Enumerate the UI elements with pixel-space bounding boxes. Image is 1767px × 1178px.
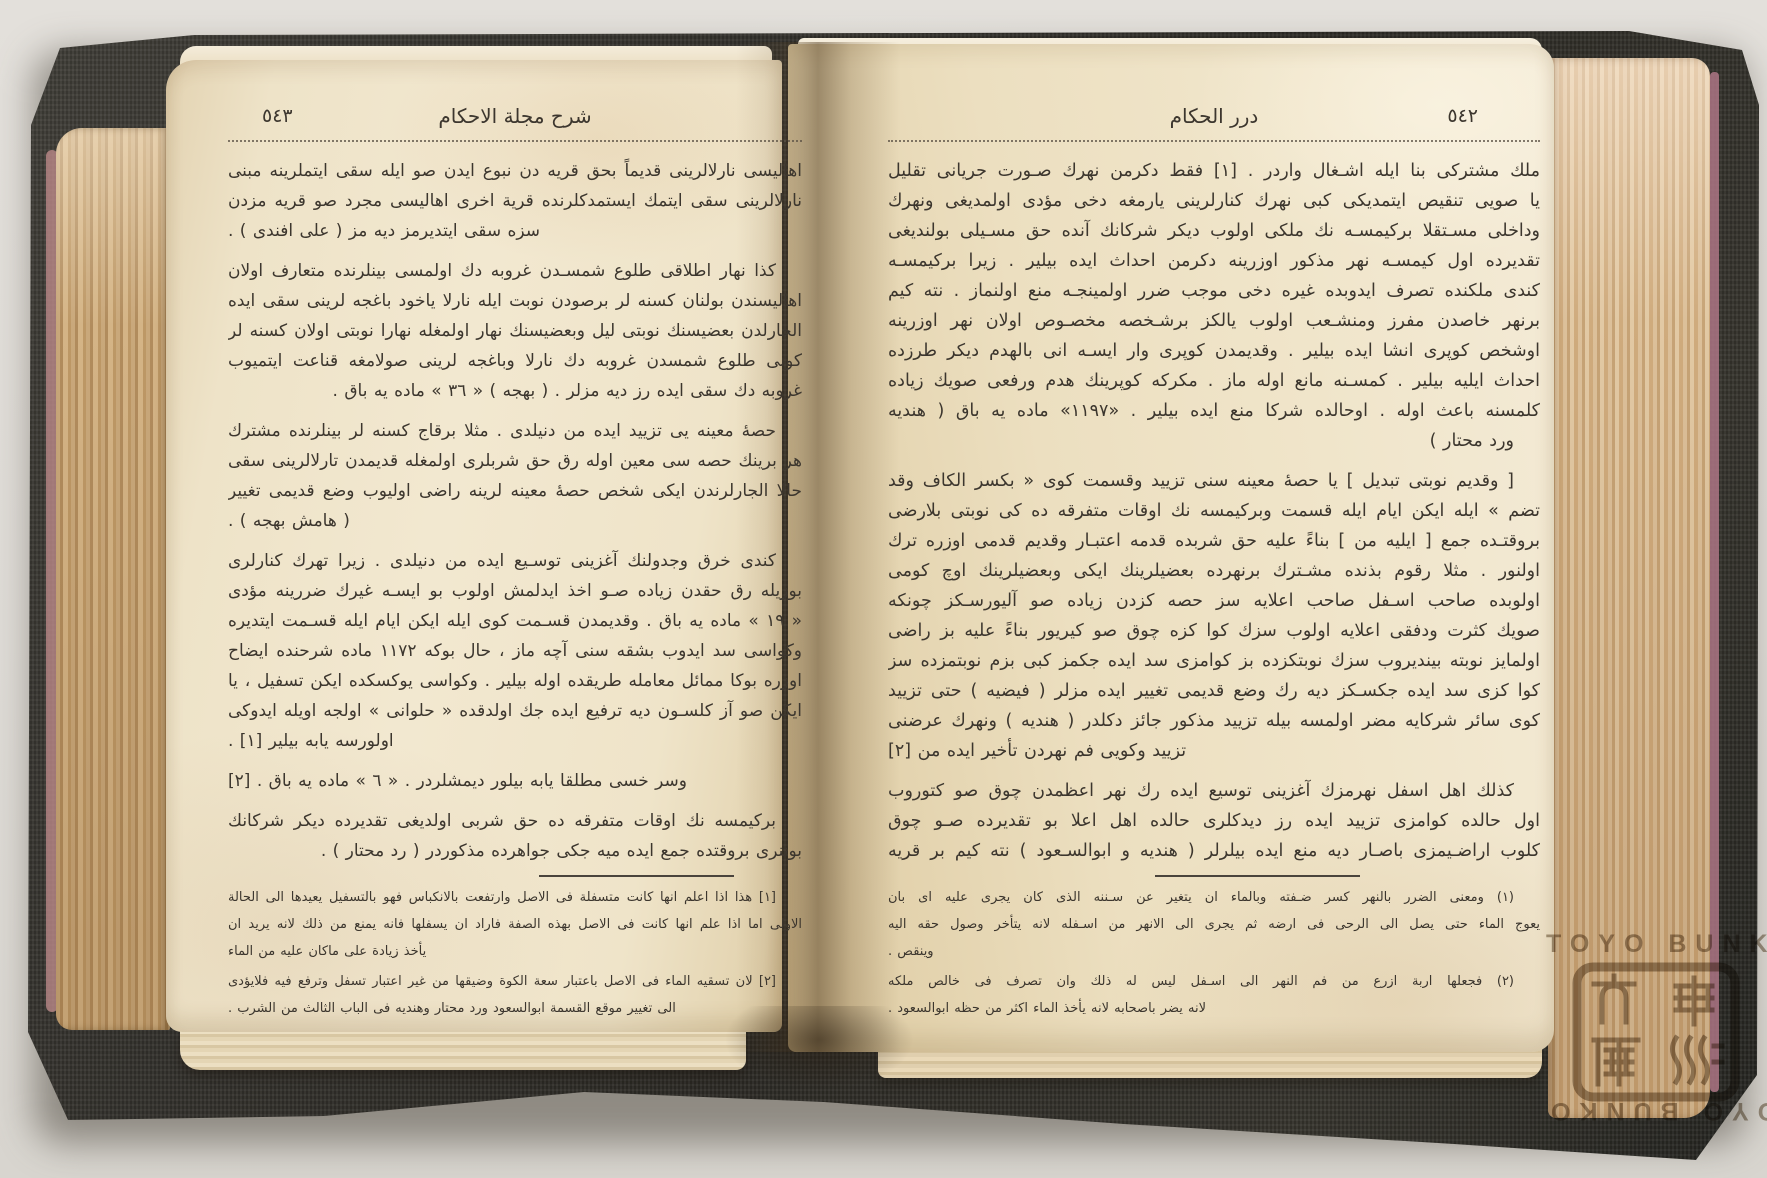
text-line: كوى سائر شركايه مضر اولمسه بيله تزييد مذ… [888, 706, 1540, 736]
text-line: برنهر خاصدن مفرز ومنشـعب اولوب يالكز برش… [888, 306, 1540, 336]
text-line: كونى طلوع شمسدن غروبه دك نارلا وباغجه لر… [228, 346, 802, 376]
text-line: كندى خرق وجدولنك آغزينى توسـيع ايده من د… [228, 546, 802, 576]
paragraph: كندى خرق وجدولنك آغزينى توسـيع ايده من د… [228, 546, 802, 756]
text-line: ورد محتار ) [888, 426, 1540, 456]
text-line: (١) ومعنى الضرر بالنهر كسر ضـفته وبالماء… [888, 884, 1540, 911]
paragraph: [١] هذا اذا اعلم انها كانت متسفلة فى الا… [228, 884, 802, 965]
text-line: اوزره بوكا ممائل معامله طريقده اوله بيلي… [228, 666, 802, 696]
paragraph: كذلك اهل اسفل نهرمزك آغزينى توسيع ايده ر… [888, 776, 1540, 866]
text-line: تقديرده اول كيمسـه نهر مذكور اوزرينه دكر… [888, 246, 1540, 276]
paragraph: (١) ومعنى الضرر بالنهر كسر ضـفته وبالماء… [888, 884, 1540, 965]
left-page-content: ٥٤٣ شرح مجلة الاحكام اهاليسى نارلالرينى … [228, 104, 802, 1022]
paragraph: وسر خسى مطلقا يابه بيلور ديمشلردر . « ٦ … [228, 766, 802, 796]
text-line: ملك مشتركى بنا ايله اشـغال واردر . [١] ف… [888, 156, 1540, 186]
text-line: اولنور . مثلا رقوم بذنده مشـترك برنهرده … [888, 556, 1540, 586]
text-line: يعوج الماء حتى يصل الى الرحى فى ارضه ثم … [888, 911, 1540, 938]
right-page-body: ملك مشتركى بنا ايله اشـغال واردر . [١] ف… [888, 156, 1540, 866]
text-line: اول حالده كوامزى تزييد ايده رز ديدكلرى ح… [888, 806, 1540, 836]
text-line: [٢] لان تسقيه الماء فى الاصل باعتبار سعة… [228, 968, 802, 995]
paragraph: بركيمسه نك اوقات متفرقه ده حق شربى اولدي… [228, 806, 802, 866]
text-line: صويك كثرت ودفقى اعلايه اولوب سزك كوا كزه… [888, 616, 1540, 646]
paragraph: كذا نهار اطلاقى طلوع شمسـدن غروبه دك اول… [228, 256, 802, 406]
text-line: يأخذ زيادة على ماكان عليه من الماء [228, 938, 802, 965]
text-line: بركيمسه نك اوقات متفرقه ده حق شربى اولدي… [228, 806, 802, 836]
text-line: كذلك اهل اسفل نهرمزك آغزينى توسيع ايده ر… [888, 776, 1540, 806]
text-line: (٢) فجعلها اربة ازرع من فم النهر الى اسـ… [888, 968, 1540, 995]
text-line: اهاليسندن بولنان كسنه لر برصودن نوبت ايل… [228, 286, 802, 316]
text-line: [ وقديم نوبتى تبديل ] يا حصهٔ معينه سنى … [888, 466, 1540, 496]
text-line: الى تغيير موقع القسمة ابوالسعود ورد محتا… [228, 995, 802, 1022]
paragraph: [٢] لان تسقيه الماء فى الاصل باعتبار سعة… [228, 968, 802, 1022]
left-page-body: اهاليسى نارلالرينى قديماً بحق قريه دن نب… [228, 156, 802, 866]
right-header-rule [888, 138, 1540, 142]
text-line: حصهٔ معينه يى تزييد ايده من دنيلدى . مثل… [228, 416, 802, 446]
text-line: وسر خسى مطلقا يابه بيلور ديمشلردر . « ٦ … [228, 766, 802, 796]
text-line: كلمسنه باعث اوله . اوحالده شركا منع ايده… [888, 396, 1540, 426]
text-line: وكواسى سد ايدوب بشقه سنى آچه ماز ، حال ب… [228, 636, 802, 666]
text-line: هر برينك حصه سى معين اوله رق حق شربلرى ا… [228, 446, 802, 476]
page-bottom-edges-left [180, 1030, 746, 1070]
left-page-footnotes: [١] هذا اذا اعلم انها كانت متسفلة فى الا… [228, 884, 802, 1022]
text-line: نارلالرينى سقى ايتمك ايستمدكلرنده قرية ا… [228, 186, 802, 216]
paragraph: اهاليسى نارلالرينى قديماً بحق قريه دن نب… [228, 156, 802, 246]
text-line: اوشخص كوپرى انشا ايده بيلير . وقديمدن كو… [888, 336, 1540, 366]
text-line: ( هامش بهجه ) . [228, 506, 802, 536]
text-line: اهاليسى نارلالرينى قديماً بحق قريه دن نب… [228, 156, 802, 186]
fore-edge-left [56, 128, 170, 1030]
left-header-rule [228, 138, 802, 142]
text-line: احداث ايليه بيلير . كمسـنه مانع اوله ماز… [888, 366, 1540, 396]
text-line: تزييد وكويى فم نهردن تأخير ايده من [٢] [888, 736, 1540, 766]
paragraph: ملك مشتركى بنا ايله اشـغال واردر . [١] ف… [888, 156, 1540, 456]
left-page-header: ٥٤٣ شرح مجلة الاحكام [228, 104, 802, 136]
text-line: « ١٩ » ماده يه باق . وقديمدن قسـمت كوى ا… [228, 606, 802, 636]
text-line: يا صويى تنقيص ايتمديكى كبى نهرك كنارلرين… [888, 186, 1540, 216]
text-line: بوزيله رق حقدن زياده صـو اخذ ايدلمش اولو… [228, 576, 802, 606]
text-line: تضم » ايله ايكن ايام ايله قسمت وبركيمسه … [888, 496, 1540, 526]
text-line: بروقتـده جمع [ ايليه من ] بناءً عليه حق … [888, 526, 1540, 556]
text-line: لانه يضر باصحابه لانه يأخذ الماء اكثر من… [888, 995, 1540, 1022]
paragraph: [ وقديم نوبتى تبديل ] يا حصهٔ معينه سنى … [888, 466, 1540, 766]
left-footnote-separator [539, 875, 734, 877]
right-page-footnotes: (١) ومعنى الضرر بالنهر كسر ضـفته وبالماء… [888, 884, 1540, 1022]
text-line: كندى ملكنده تصرف ايدوبده غيره دخى موجب ض… [888, 276, 1540, 306]
paragraph: حصهٔ معينه يى تزييد ايده من دنيلدى . مثل… [228, 416, 802, 536]
left-page-title: شرح مجلة الاحكام [228, 104, 802, 128]
right-page-title: درر الحكام [888, 104, 1540, 128]
text-line: الاولى اما اذا علم انها كانت فى الاصل به… [228, 911, 802, 938]
text-line: ايكن صو آز كلسـون ديه ترفيع ايده جك اولد… [228, 696, 802, 726]
text-line: كلوب اراضـيمزى باصـار ديه منع ايده بيلرل… [888, 836, 1540, 866]
right-footnote-separator [1155, 875, 1360, 877]
text-line: بوننرى بروقتده جمع ايده ميه جكى جواهرده … [228, 836, 802, 866]
paragraph: (٢) فجعلها اربة ازرع من فم النهر الى اسـ… [888, 968, 1540, 1022]
endpaper-pink-edge-right [1710, 72, 1719, 1092]
text-line: كذا نهار اطلاقى طلوع شمسـدن غروبه دك اول… [228, 256, 802, 286]
text-line: اولورسه يابه بيلير [١] . [228, 726, 802, 756]
text-line: اولوبده صاحب اسـفل صاحب اعلايه سز حصه كز… [888, 586, 1540, 616]
text-line: وينقص . [888, 938, 1540, 965]
photo-of-open-book: { "book": { "description": "Photograph o… [0, 0, 1767, 1178]
text-line: وداخلى مسـتقلا بركيمسـه نك ملكى اولوب دي… [888, 216, 1540, 246]
text-line: [١] هذا اذا اعلم انها كانت متسفلة فى الا… [228, 884, 802, 911]
right-page-header: ٥٤٢ درر الحكام [888, 104, 1540, 136]
text-line: اولمايز نوبته بينديروب سزك نوبتكزده بز ك… [888, 646, 1540, 676]
text-line: كوا كزى سد ايده جكسـكز ديه رك وضع قديمى … [888, 676, 1540, 706]
text-line: الجارلدن بعضيسنك نوبتى ليل وبعضيسنك نهار… [228, 316, 802, 346]
text-line: سزه سقى ايتديرمز ديه مز ( على افندى ) . [228, 216, 802, 246]
text-line: حالا الجارلرندن ايكى شخص حصهٔ معينه لرين… [228, 476, 802, 506]
right-page-content: ٥٤٢ درر الحكام ملك مشتركى بنا ايله اشـغا… [888, 104, 1540, 1022]
text-line: غروبه دك سقى ايده رز ديه مزلر . ( بهجه )… [228, 376, 802, 406]
fore-edge-right [1548, 58, 1710, 1118]
